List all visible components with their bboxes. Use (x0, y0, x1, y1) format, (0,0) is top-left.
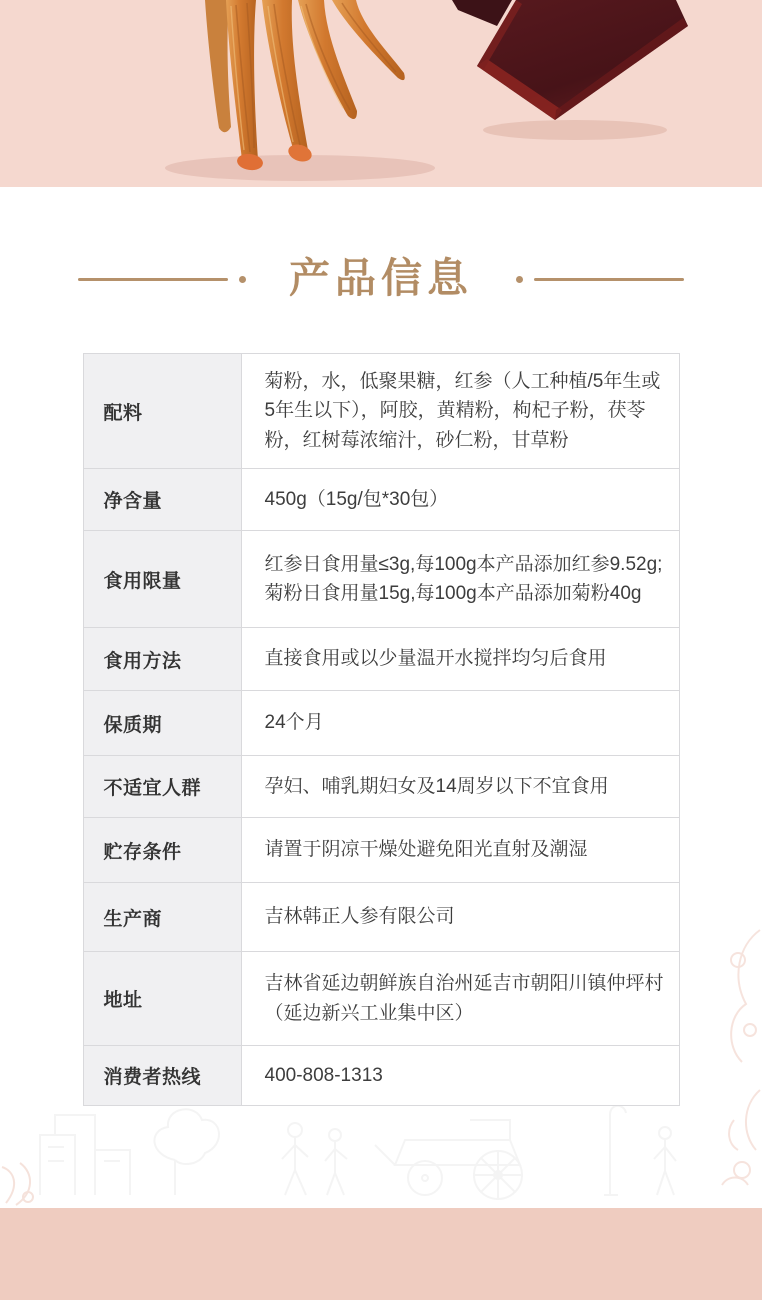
floral-side-decor (672, 920, 762, 1210)
row-value: 菊粉，水，低聚果糖，红参（人工种植/5年生或5年生以下），阿胶，黄精粉，枸杞子粉… (242, 354, 679, 468)
row-label: 贮存条件 (84, 818, 242, 882)
product-info-table: 配料 菊粉，水，低聚果糖，红参（人工种植/5年生或5年生以下），阿胶，黄精粉，枸… (83, 353, 680, 1106)
row-label: 生产商 (84, 883, 242, 951)
row-label: 地址 (84, 952, 242, 1045)
row-label: 不适宜人群 (84, 756, 242, 817)
row-label: 食用限量 (84, 531, 242, 627)
table-row-shelf-life: 保质期 24个月 (84, 691, 679, 756)
row-value: 直接食用或以少量温开水搅拌均匀后食用 (242, 628, 679, 690)
row-value: 请置于阴凉干燥处避免阳光直射及潮湿 (242, 818, 679, 882)
row-value: 24个月 (242, 691, 679, 755)
product-photo-header (0, 0, 762, 187)
table-row-address: 地址 吉林省延边朝鲜族自治州延吉市朝阳川镇仲坪村（延边新兴工业集中区） (84, 952, 679, 1046)
table-row-manufacturer: 生产商 吉林韩正人参有限公司 (84, 883, 679, 952)
table-row-consumer-hotline: 消费者热线 400-808-1313 (84, 1046, 679, 1105)
footer-band (0, 1208, 762, 1300)
ejiao-shadow (483, 120, 667, 140)
page-title: 产品信息 (289, 256, 473, 301)
hero-photo-illustration (0, 0, 762, 187)
title-dot-left (239, 276, 246, 283)
table-row-net-content: 净含量 450g（15g/包*30包） (84, 469, 679, 531)
row-value: 吉林省延边朝鲜族自治州延吉市朝阳川镇仲坪村（延边新兴工业集中区） (242, 952, 679, 1045)
table-row-storage-conditions: 贮存条件 请置于阴凉干燥处避免阳光直射及潮湿 (84, 818, 679, 883)
row-value: 吉林韩正人参有限公司 (242, 883, 679, 951)
table-row-usage-method: 食用方法 直接食用或以少量温开水搅拌均匀后食用 (84, 628, 679, 691)
row-label: 食用方法 (84, 628, 242, 690)
table-row-consumption-limit: 食用限量 红参日食用量≤3g,每100g本产品添加红参9.52g; 菊粉日食用量… (84, 531, 679, 628)
row-value: 450g（15g/包*30包） (242, 469, 679, 530)
row-value: 红参日食用量≤3g,每100g本产品添加红参9.52g; 菊粉日食用量15g,每… (242, 531, 679, 627)
title-divider-left (78, 278, 228, 281)
product-info-page: 产品信息 配料 菊粉，水，低聚果糖，红参（人工种植/5年生或5年生以下），阿胶，… (0, 0, 762, 1300)
row-value: 400-808-1313 (242, 1046, 679, 1105)
section-title-row: 产品信息 (0, 251, 762, 307)
table-row-ingredients: 配料 菊粉，水，低聚果糖，红参（人工种植/5年生或5年生以下），阿胶，黄精粉，枸… (84, 354, 679, 469)
row-value: 孕妇、哺乳期妇女及14周岁以下不宜食用 (242, 756, 679, 817)
title-dot-right (516, 276, 523, 283)
title-divider-right (534, 278, 684, 281)
table-row-unsuitable-groups: 不适宜人群 孕妇、哺乳期妇女及14周岁以下不宜食用 (84, 756, 679, 818)
row-label: 配料 (84, 354, 242, 468)
row-label: 消费者热线 (84, 1046, 242, 1105)
row-label: 保质期 (84, 691, 242, 755)
row-label: 净含量 (84, 469, 242, 530)
